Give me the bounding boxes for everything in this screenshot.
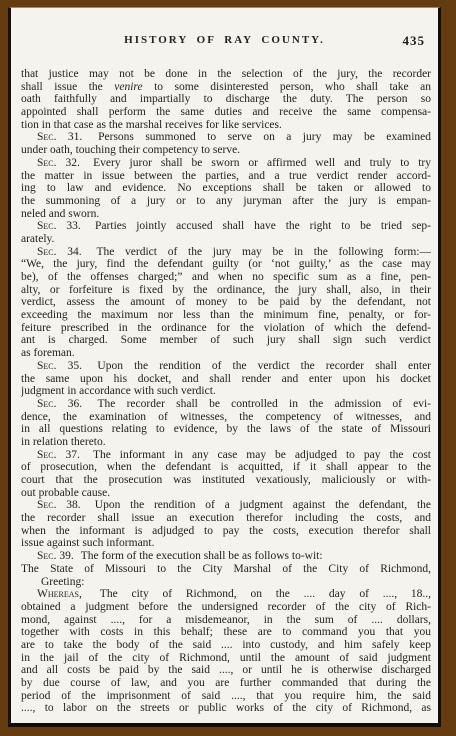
text-segment: “We, the jury, find the defendant guilty… <box>21 258 431 270</box>
text-line: Sec. 33. Parties jointly accused shall h… <box>21 220 431 233</box>
section-label: Sec. 32. <box>37 157 80 169</box>
text-segment: dence, the examination of witnesses, the… <box>21 411 431 423</box>
text-line: and all costs be paid by the said ...., … <box>21 664 431 677</box>
text-segment: appointed shall perform the same duties … <box>21 106 431 118</box>
text-segment: ant is charged. Some member of such jury… <box>21 334 431 346</box>
text-line: ...., to labor on the streets or public … <box>21 702 431 715</box>
section-label: Sec. 38. <box>37 499 81 511</box>
text-segment: judgment in accordance with such verdict… <box>21 385 216 397</box>
text-line: the same upon his docket, and shall rend… <box>21 373 431 386</box>
text-line: Sec. 36. The recorder shall be controlle… <box>21 398 431 411</box>
text-segment: shall issue the <box>21 81 114 93</box>
section-label: Sec. 33. <box>37 220 81 232</box>
text-line: as foreman. <box>21 347 431 360</box>
text-segment: period of the imprisonment of said ....,… <box>21 690 431 702</box>
text-line: when the informant is adjudged to pay th… <box>21 525 431 538</box>
text-line: Sec. 35. Upon the rendition of the verdi… <box>21 360 431 373</box>
text-line: appointed shall perform the same duties … <box>21 106 431 119</box>
text-segment: of prosecution, when the defendant is ac… <box>21 461 431 473</box>
text-segment: mond, against ...., for a misdemeanor, i… <box>21 614 431 626</box>
text-segment: that justice may not be done in the sele… <box>21 68 431 80</box>
text-line: in the jail of the city of Richmond, unt… <box>21 652 431 665</box>
text-segment: oath faithfully and impartially to disch… <box>21 93 431 105</box>
text-line: Sec. 31. Persons summoned to serve on a … <box>21 131 431 144</box>
text-line: be), of the offenses charged;” and when … <box>21 271 431 284</box>
page-number: 435 <box>403 33 426 49</box>
text-segment: verdict, assess the amount of money to b… <box>21 296 431 308</box>
text-segment: The city of Richmond, on the .... day of… <box>86 588 431 600</box>
text-line: obtained a judgment before the undersign… <box>21 601 431 614</box>
text-line: oath faithfully and impartially to disch… <box>21 93 431 106</box>
text-segment: in relation thereto. <box>21 436 106 448</box>
text-line: are to take the body of the said .... in… <box>21 639 431 652</box>
text-segment: Upon the rendition of a judgment against… <box>85 499 431 511</box>
text-segment: feiture prescribed in the ordinance for … <box>21 322 431 334</box>
text-line: The State of Missouri to the City Marsha… <box>21 563 431 576</box>
page: HISTORY OF RAY COUNTY. 435 that justice … <box>8 7 441 727</box>
text-segment: arately. <box>21 233 54 245</box>
text-segment: ing to law and evidence. No exceptions s… <box>21 182 431 194</box>
text-segment: out probable cause. <box>21 487 110 499</box>
text-line: feiture prescribed in the ordinance for … <box>21 322 431 335</box>
text-line: mond, against ...., for a misdemeanor, i… <box>21 614 431 627</box>
text-line: tion in that case as the marshal receive… <box>21 119 431 132</box>
text-line: verdict, assess the amount of money to b… <box>21 296 431 309</box>
text-segment: the summoning of a jury or to any juryma… <box>21 195 431 207</box>
text-segment: the same upon his docket, and shall rend… <box>21 373 431 385</box>
text-segment: the recorder shall issue an execution th… <box>21 512 431 524</box>
text-line: the summoning of a jury or to any juryma… <box>21 195 431 208</box>
text-line: out probable cause. <box>21 487 431 500</box>
text-segment: tion in that case as the marshal receive… <box>21 119 282 131</box>
italic-term: venire <box>114 81 142 93</box>
text-segment: as foreman. <box>21 347 75 359</box>
text-line: Sec. 32. Every juror shall be sworn or a… <box>21 157 431 170</box>
text-segment: Greeting: <box>41 576 84 588</box>
text-line: judgment in accordance with such verdict… <box>21 385 431 398</box>
text-segment: together with costs in this behalf; thes… <box>21 626 431 638</box>
text-segment: The informant in any case may be adjudge… <box>84 449 431 461</box>
text-segment: ...., to labor on the streets or public … <box>21 702 431 714</box>
section-label: Whereas, <box>37 588 82 600</box>
text-line: of prosecution, when the defendant is ac… <box>21 461 431 474</box>
page-body: that justice may not be done in the sele… <box>11 68 438 715</box>
text-line: the matter in issue between the parties,… <box>21 170 431 183</box>
running-header: HISTORY OF RAY COUNTY. 435 <box>21 34 428 48</box>
text-segment: in all questions relating to evidence, b… <box>21 423 431 435</box>
text-segment: The verdict of the jury may be in the fo… <box>86 246 431 258</box>
text-segment: exceeding the maximum nor less than the … <box>21 309 431 321</box>
text-segment: are to take the body of the said .... in… <box>21 639 431 651</box>
section-label: Sec. 31. <box>37 131 82 143</box>
text-line: Sec. 38. Upon the rendition of a judgmen… <box>21 499 431 512</box>
text-line: period of the imprisonment of said ....,… <box>21 690 431 703</box>
text-line: ant is charged. Some member of such jury… <box>21 334 431 347</box>
section-label: Sec. 39. <box>37 550 74 562</box>
text-line: by due course of law, and you are furthe… <box>21 677 431 690</box>
text-segment: in the jail of the city of Richmond, unt… <box>21 652 431 664</box>
text-line: Greeting: <box>21 576 431 589</box>
text-line: Sec. 34. The verdict of the jury may be … <box>21 246 431 259</box>
section-label: Sec. 34. <box>37 246 82 258</box>
book-scan: { "page": { "header": { "title": "HISTOR… <box>0 0 456 736</box>
text-line: arately. <box>21 233 431 246</box>
text-line: dence, the examination of witnesses, the… <box>21 411 431 424</box>
text-segment: to some disinterested person, who shall … <box>143 81 431 93</box>
text-segment: issue against such informant. <box>21 537 155 549</box>
text-segment: The form of the execution shall be as fo… <box>78 550 322 562</box>
text-segment: be), of the offenses charged;” and when … <box>21 271 431 283</box>
text-line: exceeding the maximum nor less than the … <box>21 309 431 322</box>
text-line: ing to law and evidence. No exceptions s… <box>21 182 431 195</box>
text-segment: Upon the rendition of the verdict the re… <box>86 360 431 372</box>
text-line: court that the prosecution was institute… <box>21 474 431 487</box>
text-line: Sec. 39. The form of the execution shall… <box>21 550 431 563</box>
text-segment: Persons summoned to serve on a jury may … <box>87 131 431 143</box>
text-line: that justice may not be done in the sele… <box>21 68 431 81</box>
text-segment: the matter in issue between the parties,… <box>21 170 431 182</box>
text-segment: neled and sworn. <box>21 208 99 220</box>
text-segment: obtained a judgment before the undersign… <box>21 601 431 613</box>
text-line: under oath, touching their competency to… <box>21 144 431 157</box>
text-segment: under oath, touching their competency to… <box>21 144 240 156</box>
text-line: in relation thereto. <box>21 436 431 449</box>
text-line: “We, the jury, find the defendant guilty… <box>21 258 431 271</box>
section-label: Sec. 37. <box>37 449 80 461</box>
text-line: alty, or forfeiture is fixed by the ordi… <box>21 284 431 297</box>
text-segment: The State of Missouri to the City Marsha… <box>21 563 431 575</box>
text-line: shall issue the venire to some disintere… <box>21 81 431 94</box>
section-label: Sec. 35. <box>37 360 82 372</box>
section-label: Sec. 36. <box>37 398 82 410</box>
text-line: issue against such informant. <box>21 537 431 550</box>
header-title: HISTORY OF RAY COUNTY. <box>21 34 428 46</box>
text-line: neled and sworn. <box>21 208 431 221</box>
text-segment: Parties jointly accused shall have the r… <box>85 220 431 232</box>
text-line: in all questions relating to evidence, b… <box>21 423 431 436</box>
text-line: together with costs in this behalf; thes… <box>21 626 431 639</box>
text-segment: when the informant is adjudged to pay th… <box>21 525 431 537</box>
text-line: the recorder shall issue an execution th… <box>21 512 431 525</box>
text-line: Whereas, The city of Richmond, on the ..… <box>21 588 431 601</box>
text-segment: by due course of law, and you are furthe… <box>21 677 431 689</box>
text-segment: Every juror shall be sworn or affirmed w… <box>84 157 431 169</box>
text-segment: court that the prosecution was institute… <box>21 474 431 486</box>
text-segment: alty, or forfeiture is fixed by the ordi… <box>21 284 431 296</box>
text-segment: and all costs be paid by the said ...., … <box>21 664 431 676</box>
text-line: Sec. 37. The informant in any case may b… <box>21 449 431 462</box>
text-segment: The recorder shall be controlled in the … <box>86 398 431 410</box>
